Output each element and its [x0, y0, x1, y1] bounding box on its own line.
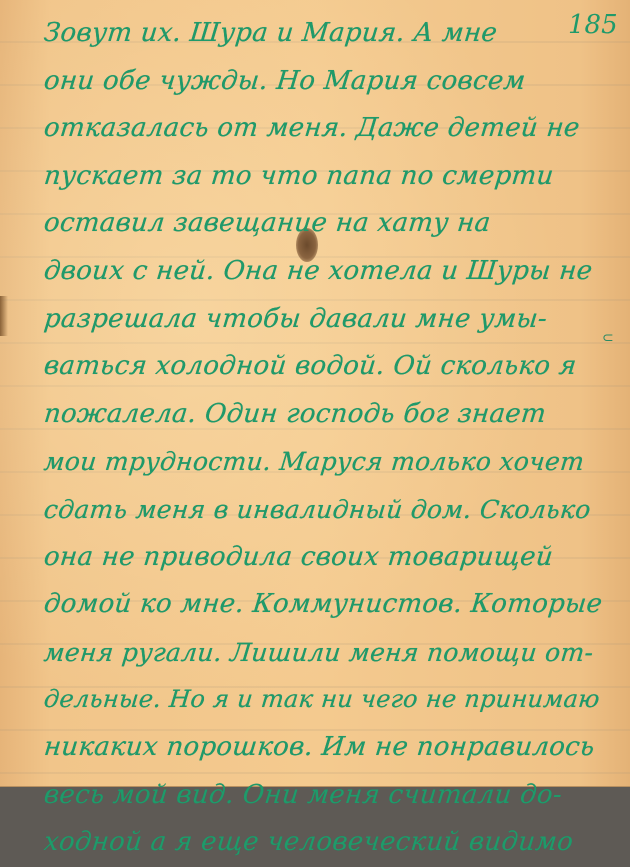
text-line: оставил завещание на хату на — [41, 200, 592, 248]
edge-stain — [0, 296, 8, 336]
text-line: они обе чужды. Но Мария совсем — [41, 58, 592, 106]
text-line: ваться холодной водой. Ой сколько я — [41, 343, 592, 391]
text-line: пожалела. Один господь бог знает — [41, 391, 592, 439]
text-line: меня ругали. Лишили меня помощи от- — [41, 629, 592, 677]
text-line: мои трудности. Маруся только хочет — [41, 438, 592, 486]
text-line: пускает за то что папа по смерти — [41, 153, 592, 201]
text-line: сдать меня в инвалидный дом. Сколько — [41, 486, 592, 534]
text-line: двоих с ней. Она не хотела и Шуры не — [41, 248, 592, 296]
text-line: никаких порошков. Им не понравилось — [41, 724, 592, 772]
handwritten-text: Зовут их. Шура и Мария. А мне они обе чу… — [44, 10, 590, 794]
text-line: дельные. Но я и так ни чего не принимаю — [41, 676, 592, 724]
text-line: она не приводила своих товарищей — [41, 534, 592, 582]
margin-mark: ⊂ — [602, 330, 614, 346]
text-line: домой ко мне. Коммунистов. Которые — [41, 581, 592, 629]
manuscript-page: 185 ⊂ Зовут их. Шура и Мария. А мне они … — [0, 0, 630, 787]
text-line: разрешала чтобы давали мне умы- — [41, 296, 592, 344]
text-line: весь мой вид. Они меня считали до- — [41, 772, 592, 795]
text-line: отказалась от меня. Даже детей не — [41, 105, 592, 153]
text-line: Зовут их. Шура и Мария. А мне — [41, 10, 592, 58]
